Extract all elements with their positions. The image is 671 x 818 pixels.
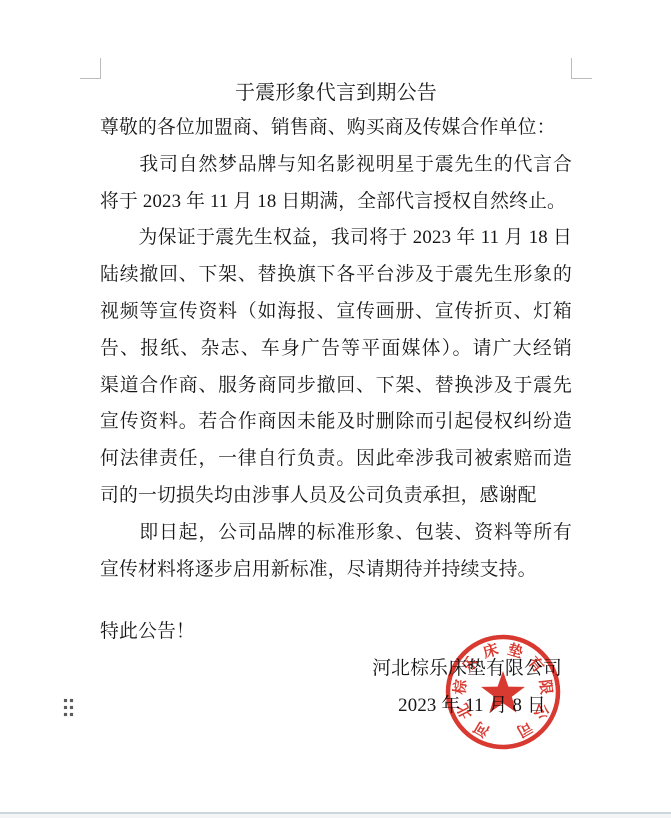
body-line: 宣传材料将逐步启用新标准，尽请期待并持续支持。 (100, 552, 572, 589)
svg-text:垫: 垫 (506, 641, 525, 662)
svg-text:床: 床 (481, 640, 501, 662)
body-line: 视频等宣传资料（如海报、宣传画册、宣传折页、灯箱广 (100, 294, 572, 331)
seal-star-icon (481, 671, 525, 713)
company-seal-stamp: 河北棕乐床垫有限公司 (443, 632, 563, 752)
greeting-line: 尊敬的各位加盟商、销售商、购买商及传媒合作单位： (100, 110, 572, 147)
body-line: 即日起，公司品牌的标准形象、包装、资料等所有相关 (100, 515, 572, 552)
document-body: 于震形象代言到期公告 尊敬的各位加盟商、销售商、购买商及传媒合作单位： 我司自然… (100, 76, 572, 725)
margin-mark-top-left (80, 78, 101, 79)
body-line: 我司自然梦品牌与知名影视明星于震先生的代言合作 (100, 147, 572, 184)
body-line: 何法律责任，一律自行负责。因此牵涉我司被索赔而造成我 (100, 441, 572, 478)
margin-mark-top-right (571, 78, 592, 79)
body-line: 为保证于震先生权益，我司将于 2023 年 11 月 18 日前 (100, 220, 572, 257)
svg-text:限: 限 (536, 679, 556, 696)
body-line: 司的一切损失均由涉事人员及公司负责承担，感谢配合。 (100, 478, 572, 515)
document-title: 于震形象代言到期公告 (100, 76, 572, 110)
body-line: 宣传资料。若合作商因未能及时删除而引起侵权纠纷造成任 (100, 404, 572, 441)
body-line: 将于 2023 年 11 月 18 日期满，全部代言授权自然终止。 (100, 184, 572, 221)
page-bottom-edge (0, 812, 671, 818)
body-line: 渠道合作商、服务商同步撤回、下架、替换涉及于震先生的 (100, 368, 572, 405)
body-line: 陆续撤回、下架、替换旗下各平台涉及于震先生形象的图片、 (100, 257, 572, 294)
body-line: 告、报纸、杂志、车身广告等平面媒体）。请广大经销商、 (100, 331, 572, 368)
blank-line (100, 588, 572, 614)
svg-text:棕: 棕 (450, 678, 470, 696)
document-page: 于震形象代言到期公告 尊敬的各位加盟商、销售商、购买商及传媒合作单位： 我司自然… (0, 0, 671, 818)
